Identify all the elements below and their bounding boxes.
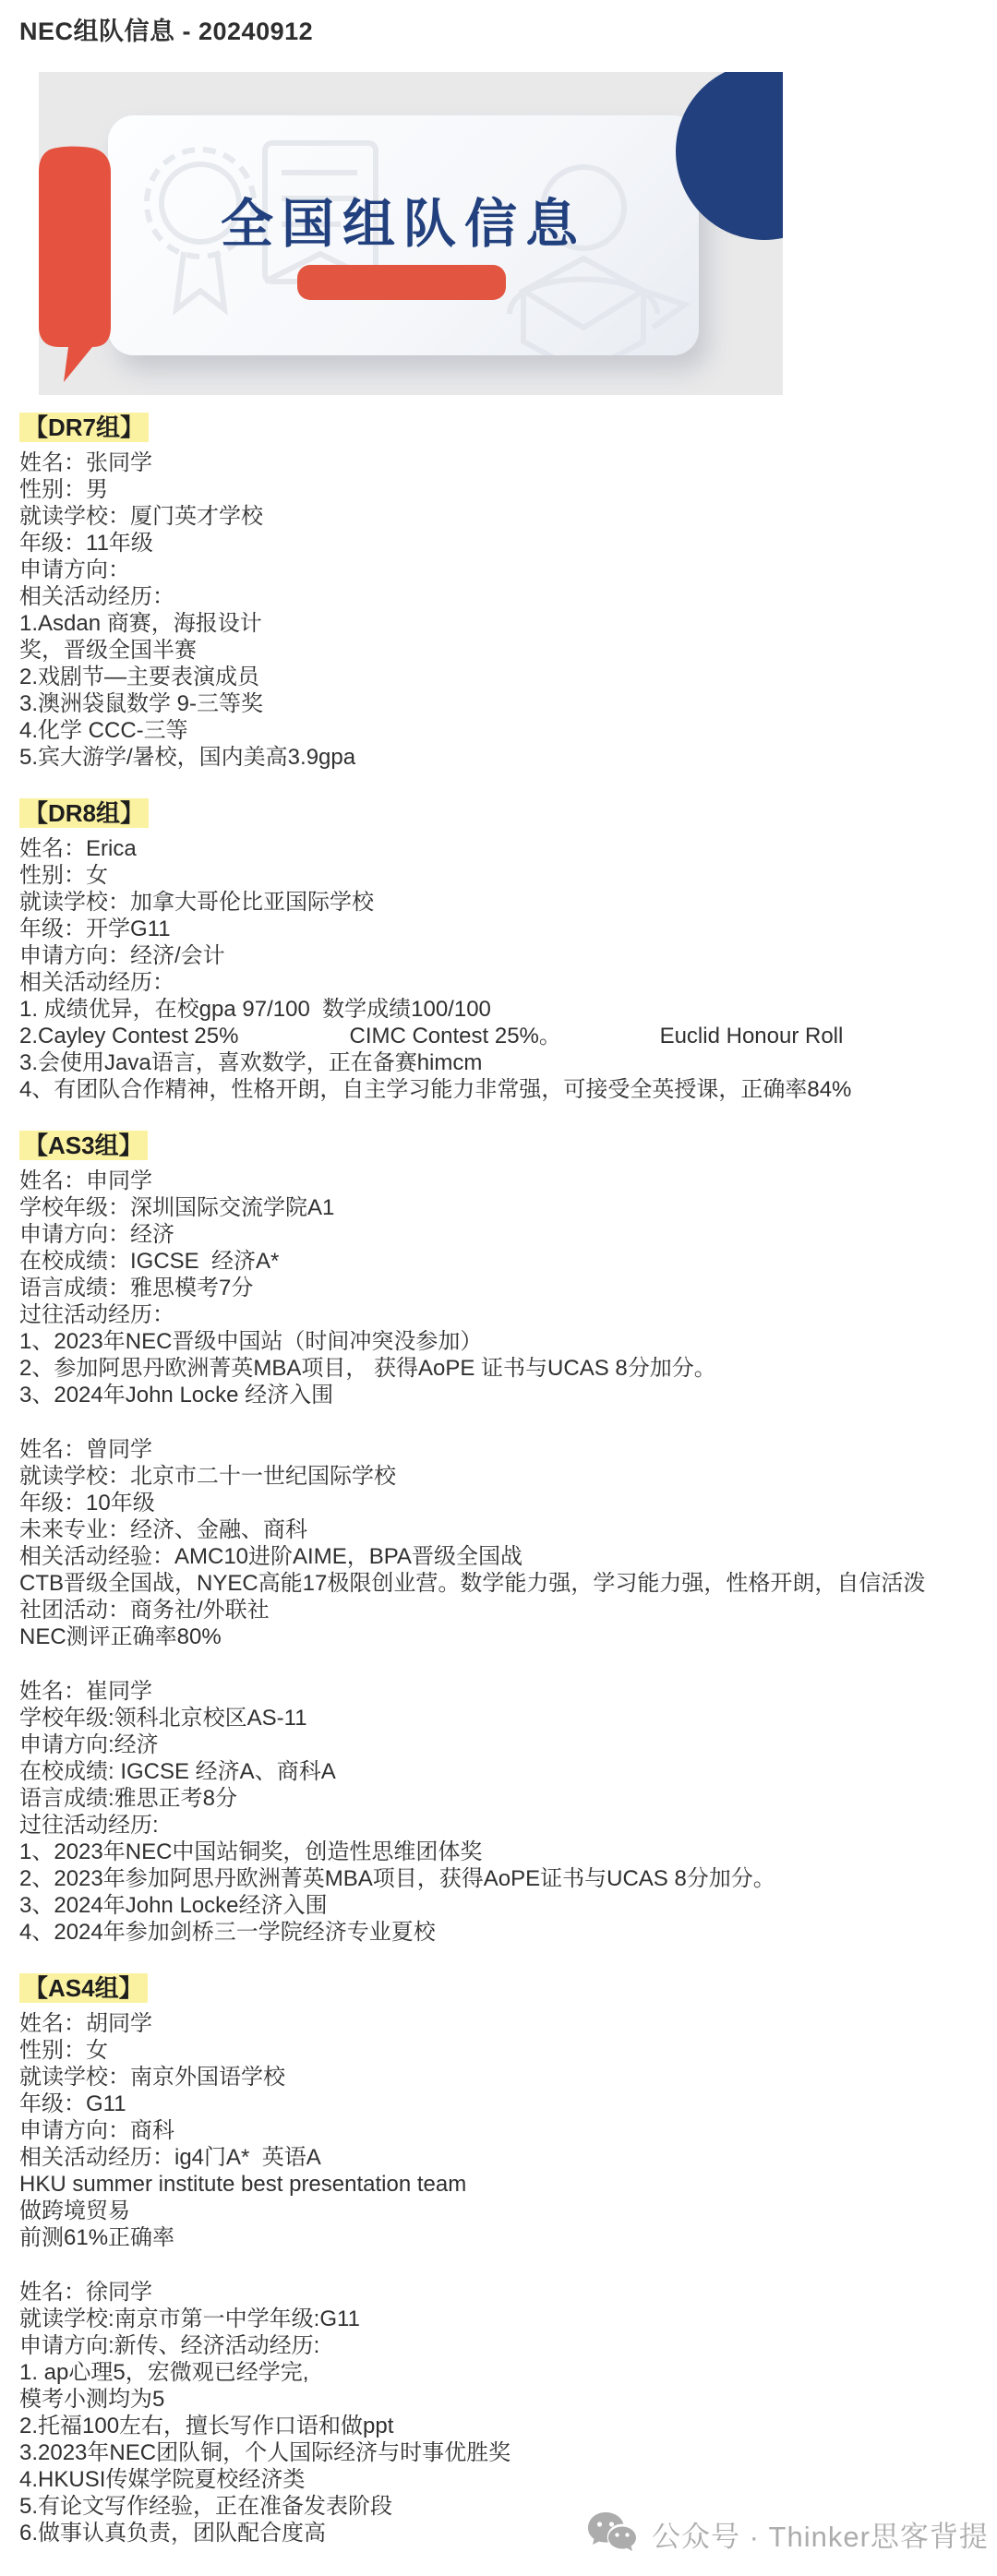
info-line: 前测61%正确率 (19, 2224, 979, 2251)
page: { "colors": { "accent_red": "#E25540", "… (0, 0, 997, 2576)
info-line: 相关活动经历： (19, 583, 979, 610)
info-line: 社团活动：商务社/外联社 (19, 1597, 979, 1623)
group-header: 【DR8组】 (19, 798, 149, 828)
info-line: HKU summer institute best presentation t… (19, 2171, 979, 2198)
info-line: 性别：男 (19, 476, 979, 503)
info-line: 1、2023年NEC中国站铜奖，创造性思维团体奖 (19, 1839, 979, 1865)
info-line: 学校年级:领科北京校区AS-11 (19, 1705, 979, 1731)
info-line: 就读学校：南京外国语学校 (19, 2064, 979, 2091)
info-line: 1. ap心理5，宏微观已经学完, (19, 2359, 979, 2386)
info-line: 2、参加阿思丹欧洲菁英MBA项目， 获得AoPE 证书与UCAS 8分加分。 (19, 1355, 979, 1382)
member-block: 姓名：Erica性别：女就读学校：加拿大哥伦比亚国际学校年级：开学G11申请方向… (19, 835, 979, 1103)
info-line: 3.澳洲袋鼠数学 9-三等奖 (19, 690, 979, 717)
banner-underline (297, 265, 506, 300)
member-block: 姓名：申同学学校年级：深圳国际交流学院A1申请方向：经济在校成绩：IGCSE 经… (19, 1168, 979, 1408)
group-header-wrap: 【DR7组】 (19, 413, 979, 442)
group-header: 【AS3组】 (19, 1131, 148, 1160)
info-line: 2.托福100左右，擅长写作口语和做ppt (19, 2413, 979, 2439)
banner-headline: 全国组队信息 (108, 182, 699, 258)
watermark: 公众号 · Thinker思客背提 (587, 2510, 989, 2557)
info-line: 年级：开学G11 (19, 916, 979, 942)
info-line: 4、有团队合作精神，性格开朗，自主学习能力非常强，可接受全英授课，正确率84% (19, 1076, 979, 1103)
info-line: NEC测评正确率80% (19, 1623, 979, 1650)
info-line: 4.HKUSI传媒学院夏校经济类 (19, 2466, 979, 2493)
info-line: 4、2024年参加剑桥三一学院经济专业夏校 (19, 1919, 979, 1946)
group-header-wrap: 【AS3组】 (19, 1131, 979, 1160)
info-line: 语言成绩：雅思模考7分 (19, 1275, 979, 1301)
info-line: 姓名：崔同学 (19, 1678, 979, 1705)
info-line: 4.化学 CCC-三等 (19, 717, 979, 744)
info-line: 3.2023年NEC团队铜，个人国际经济与时事优胜奖 (19, 2439, 979, 2466)
wechat-icon (587, 2510, 641, 2557)
info-line: 奖，晋级全国半赛 (19, 637, 979, 664)
info-line: 就读学校：厦门英才学校 (19, 503, 979, 530)
info-line: 1.Asdan 商赛，海报设计 (19, 610, 979, 637)
info-line: 姓名：徐同学 (19, 2279, 979, 2306)
info-line: 性别：女 (19, 2037, 979, 2064)
info-line: 过往活动经历: (19, 1812, 979, 1839)
banner-image: 全国组队信息 (39, 72, 783, 395)
info-line: 申请方向:新传、经济活动经历: (19, 2332, 979, 2359)
info-line: 过往活动经历： (19, 1301, 979, 1328)
member-block: 姓名：张同学性别：男就读学校：厦门英才学校年级：11年级申请方向：相关活动经历：… (19, 449, 979, 771)
group-section-2: 【AS3组】姓名：申同学学校年级：深圳国际交流学院A1申请方向：经济在校成绩：I… (19, 1131, 979, 1946)
member-block: 姓名：曾同学就读学校：北京市二十一世纪国际学校年级：10年级未来专业：经济、金融… (19, 1436, 979, 1650)
info-line: 年级：10年级 (19, 1490, 979, 1516)
info-line: 年级：G11 (19, 2091, 979, 2117)
info-line: 姓名：曾同学 (19, 1436, 979, 1463)
watermark-text: 公众号 · Thinker思客背提 (652, 2513, 989, 2555)
info-line: 姓名：申同学 (19, 1168, 979, 1194)
info-line: 3、2024年John Locke经济入围 (19, 1892, 979, 1919)
info-line: 年级：11年级 (19, 530, 979, 557)
info-line: 申请方向：经济 (19, 1221, 979, 1248)
info-line: 1、2023年NEC晋级中国站（时间冲突没参加） (19, 1328, 979, 1355)
info-line: 未来专业：经济、金融、商科 (19, 1516, 979, 1543)
banner-card: 全国组队信息 (108, 115, 699, 355)
group-section-0: 【DR7组】姓名：张同学性别：男就读学校：厦门英才学校年级：11年级申请方向：相… (19, 413, 979, 771)
member-block: 姓名：胡同学性别：女就读学校：南京外国语学校年级：G11申请方向：商科相关活动经… (19, 2010, 979, 2251)
info-line: 语言成绩:雅思正考8分 (19, 1785, 979, 1812)
info-line: 就读学校：北京市二十一世纪国际学校 (19, 1463, 979, 1490)
group-sections: 【DR7组】姓名：张同学性别：男就读学校：厦门英才学校年级：11年级申请方向：相… (19, 413, 979, 2574)
info-line: 学校年级：深圳国际交流学院A1 (19, 1194, 979, 1221)
info-line: 相关活动经历：ig4门A* 英语A (19, 2144, 979, 2171)
info-line: 在校成绩：IGCSE 经济A* (19, 1248, 979, 1275)
info-line: 2、2023年参加阿思丹欧洲菁英MBA项目，获得AoPE证书与UCAS 8分加分… (19, 1865, 979, 1892)
info-line: 在校成绩: IGCSE 经济A、商科A (19, 1758, 979, 1785)
info-line: 2.Cayley Contest 25% CIMC Contest 25%。 E… (19, 1023, 979, 1049)
info-line: 1. 成绩优异，在校gpa 97/100 数学成绩100/100 (19, 996, 979, 1023)
info-line: 姓名：胡同学 (19, 2010, 979, 2037)
info-line: 姓名：张同学 (19, 449, 979, 476)
page-title: NEC组队信息 - 20240912 (19, 11, 313, 47)
group-header-wrap: 【AS4组】 (19, 1973, 979, 2003)
group-section-1: 【DR8组】姓名：Erica性别：女就读学校：加拿大哥伦比亚国际学校年级：开学G… (19, 798, 979, 1103)
group-header-wrap: 【DR8组】 (19, 798, 979, 828)
info-line: 就读学校：加拿大哥伦比亚国际学校 (19, 889, 979, 916)
group-section-3: 【AS4组】姓名：胡同学性别：女就读学校：南京外国语学校年级：G11申请方向：商… (19, 1973, 979, 2546)
info-line: 5.宾大游学/暑校，国内美高3.9gpa (19, 744, 979, 771)
info-line: 3.会使用Java语言，喜欢数学，正在备赛himcm (19, 1049, 979, 1076)
info-line: CTB晋级全国战，NYEC高能17极限创业营。数学能力强，学习能力强，性格开朗，… (19, 1570, 979, 1597)
member-block: 姓名：徐同学就读学校:南京市第一中学年级:G11申请方向:新传、经济活动经历:1… (19, 2279, 979, 2546)
info-line: 就读学校:南京市第一中学年级:G11 (19, 2306, 979, 2332)
info-line: 姓名：Erica (19, 835, 979, 862)
group-header: 【AS4组】 (19, 1973, 148, 2003)
info-line: 模考小测均为5 (19, 2386, 979, 2413)
info-line: 申请方向:经济 (19, 1731, 979, 1758)
group-header: 【DR7组】 (19, 413, 149, 442)
info-line: 相关活动经历： (19, 969, 979, 996)
info-line: 3、2024年John Locke 经济入围 (19, 1382, 979, 1408)
info-line: 性别：女 (19, 862, 979, 889)
info-line: 2.戏剧节—主要表演成员 (19, 664, 979, 690)
speech-bubble-shape (39, 146, 111, 386)
info-line: 申请方向： (19, 557, 979, 583)
info-line: 申请方向：商科 (19, 2117, 979, 2144)
info-line: 相关活动经验：AMC10进阶AIME，BPA晋级全国战 (19, 1543, 979, 1570)
info-line: 做跨境贸易 (19, 2198, 979, 2224)
info-line: 申请方向：经济/会计 (19, 942, 979, 969)
member-block: 姓名：崔同学学校年级:领科北京校区AS-11申请方向:经济在校成绩: IGCSE… (19, 1678, 979, 1946)
